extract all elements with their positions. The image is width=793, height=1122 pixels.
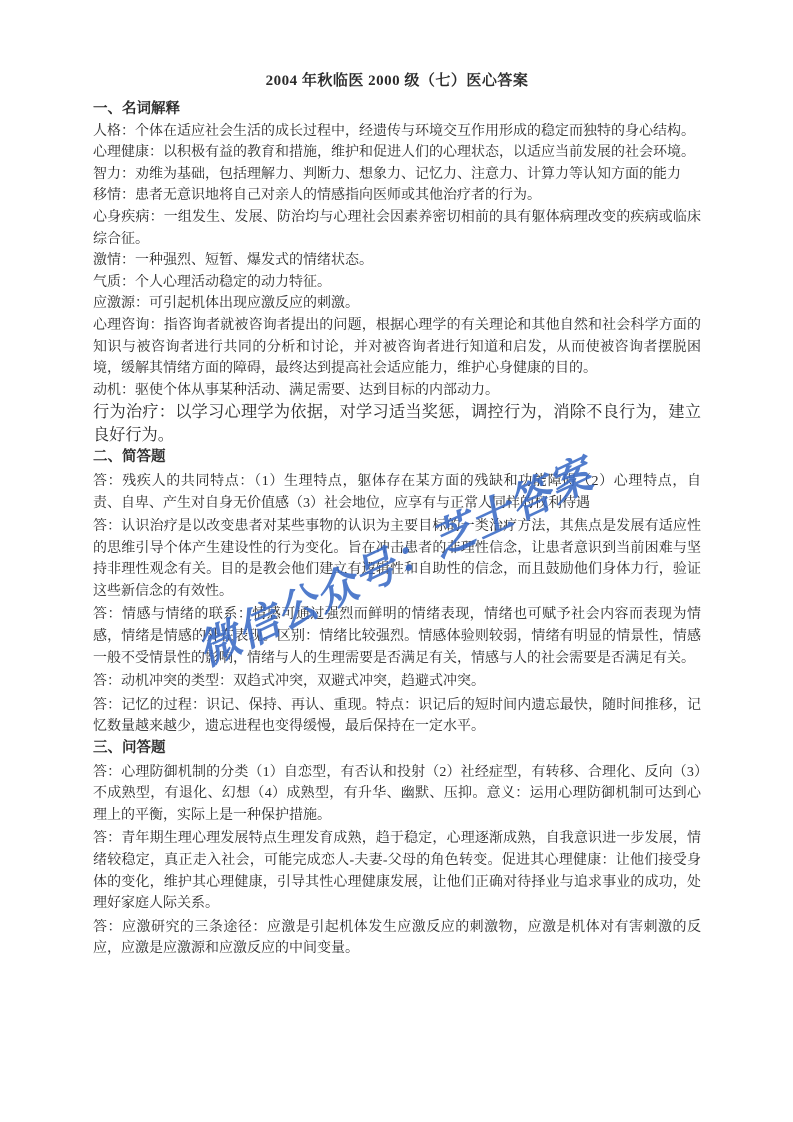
- section-heading-2: 二、简答题: [93, 447, 701, 469]
- paragraph: 答：残疾人的共同特点：（1）生理特点，躯体存在某方面的残缺和功能障碍（2）心理特…: [93, 471, 701, 514]
- document-page: 2004 年秋临医 2000 级（七）医心答案 一、名词解释人格：个体在适应社会…: [0, 0, 793, 1122]
- paragraph: 答：动机冲突的类型：双趋式冲突，双避式冲突，趋避式冲突。: [93, 671, 701, 693]
- document-body: 一、名词解释人格：个体在适应社会生活的成长过程中，经遗传与环境交互作用形成的稳定…: [93, 99, 701, 960]
- paragraph: 答：认识治疗是以改变患者对某些事物的认识为主要目标的一类治疗方法，其焦点是发展有…: [93, 516, 701, 602]
- paragraph: 心身疾病：一组发生、发展、防治均与心理社会因素养密切相前的具有躯体病理改变的疾病…: [93, 207, 701, 250]
- paragraph: 气质：个人心理活动稳定的动力特征。: [93, 272, 701, 294]
- paragraph: 移情：患者无意识地将自己对亲人的情感指向医师或其他治疗者的行为。: [93, 185, 701, 207]
- paragraph: 激情：一种强烈、短暂、爆发式的情绪状态。: [93, 250, 701, 272]
- paragraph: 人格：个体在适应社会生活的成长过程中，经遗传与环境交互作用形成的稳定而独特的身心…: [93, 121, 701, 143]
- section-heading-1: 一、名词解释: [93, 99, 701, 121]
- paragraph: 心理健康：以积极有益的教育和措施，维护和促进人们的心理状态，以适应当前发展的社会…: [93, 142, 701, 164]
- paragraph: 动机：驱使个体从事某种活动、满足需要、达到目标的内部动力。: [93, 380, 701, 402]
- paragraph: 答：心理防御机制的分类（1）自恋型，有否认和投射（2）社经症型，有转移、合理化、…: [93, 762, 701, 827]
- paragraph: 心理咨询：指咨询者就被咨询者提出的问题，根据心理学的有关理论和其他自然和社会科学…: [93, 315, 701, 380]
- paragraph: 智力：劝维为基础，包括理解力、判断力、想象力、记忆力、注意力、计算力等认知方面的…: [93, 164, 701, 186]
- paragraph: 答：情感与情绪的联系：情感可通过强烈而鲜明的情绪表现，情绪也可赋予社会内容而表现…: [93, 604, 701, 669]
- section-heading-3: 三、问答题: [93, 738, 701, 760]
- page-title: 2004 年秋临医 2000 级（七）医心答案: [93, 70, 701, 92]
- paragraph: 答：记忆的过程：识记、保持、再认、重现。特点：识记后的短时间内遗忘最快，随时间推…: [93, 695, 701, 738]
- paragraph: 应激源：可引起机体出现应激反应的刺激。: [93, 293, 701, 315]
- paragraph: 行为治疗：以学习心理学为依据，对学习适当奖惩，调控行为，消除不良行为，建立良好行…: [93, 401, 701, 447]
- paragraph: 答：青年期生理心理发展特点生理发育成熟，趋于稳定，心理逐渐成熟，自我意识进一步发…: [93, 828, 701, 914]
- paragraph: 答：应激研究的三条途径：应激是引起机体发生应激反应的刺激物，应激是机体对有害刺激…: [93, 917, 701, 960]
